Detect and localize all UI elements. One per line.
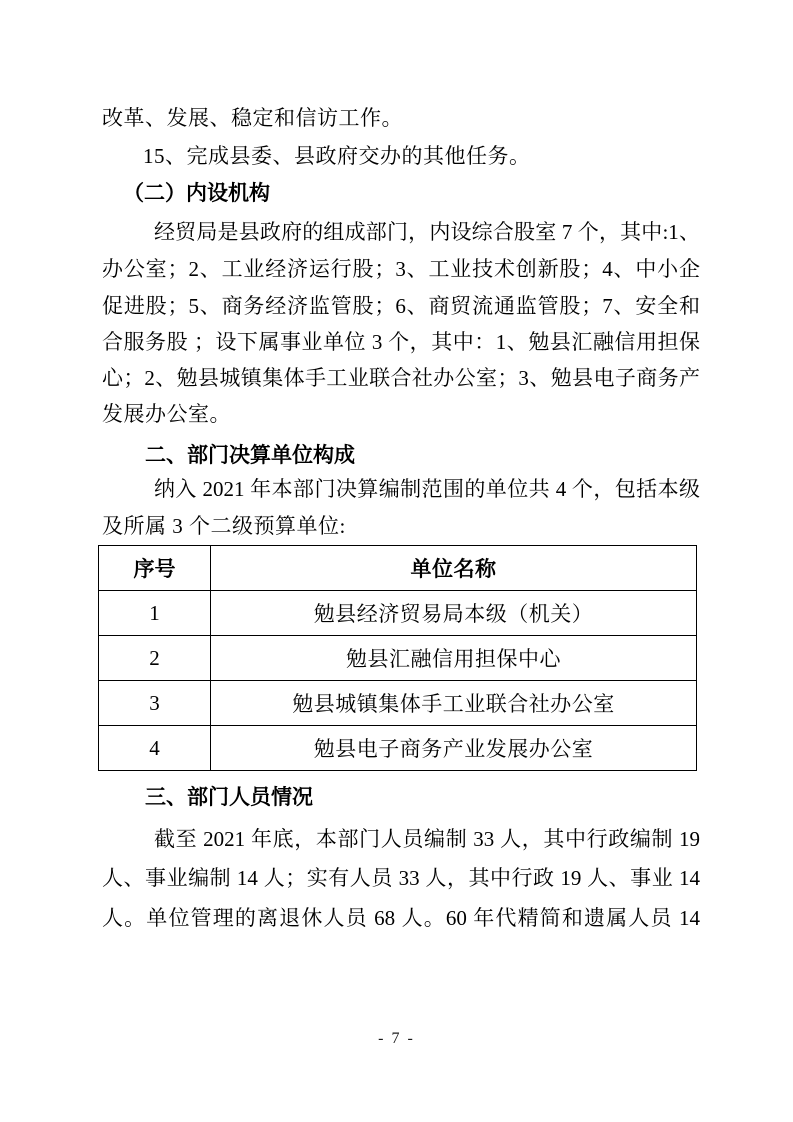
- org-paragraph-line: 经贸局是县政府的组成部门，内设综合股室 7 个，其中:1、: [102, 217, 700, 247]
- table-row: 4 勉县电子商务产业发展办公室: [99, 725, 696, 770]
- org-paragraph-line: 促进股；5、商务经济监管股；6、商贸流通监管股；7、安全和综: [102, 291, 700, 321]
- page-number: - 7 -: [0, 1030, 793, 1048]
- org-paragraph-line: 心；2、勉县城镇集体手工业联合社办公室；3、勉县电子商务产业: [102, 363, 700, 393]
- unit-row-name: 勉县汇融信用担保中心: [211, 636, 696, 680]
- unit-paragraph-line: 纳入 2021 年本部门决算编制范围的单位共 4 个，包括本级: [102, 474, 700, 504]
- unit-table: 序号 单位名称 1 勉县经济贸易局本级（机关） 2 勉县汇融信用担保中心 3 勉…: [98, 545, 697, 771]
- document-page: 改革、发展、稳定和信访工作。 15、完成县委、县政府交办的其他任务。 （二）内设…: [0, 0, 793, 1122]
- unit-row-name: 勉县电子商务产业发展办公室: [211, 726, 696, 770]
- unit-row-name: 勉县经济贸易局本级（机关）: [211, 591, 696, 635]
- section-heading-personnel: 三、部门人员情况: [102, 783, 700, 813]
- personnel-paragraph-line: 截至 2021 年底，本部门人员编制 33 人，其中行政编制 19: [102, 824, 700, 854]
- paragraph-continuation-line: 改革、发展、稳定和信访工作。: [102, 103, 700, 133]
- paragraph-task-15: 15、完成县委、县政府交办的其他任务。: [102, 141, 700, 171]
- unit-table-header-name: 单位名称: [211, 546, 696, 590]
- personnel-paragraph-line: 人、事业编制 14 人；实有人员 33 人，其中行政 19 人、事业 14: [102, 863, 700, 893]
- table-row: 1 勉县经济贸易局本级（机关）: [99, 590, 696, 635]
- personnel-paragraph-line: 人。单位管理的离退休人员 68 人。60 年代精简和遗属人员 14 人。: [102, 903, 700, 933]
- org-paragraph-line: 发展办公室。: [102, 399, 700, 429]
- table-row: 3 勉县城镇集体手工业联合社办公室: [99, 680, 696, 725]
- unit-row-number: 2: [99, 636, 211, 680]
- org-paragraph-line: 合服务股 ；设下属事业单位 3 个，其中：1、勉县汇融信用担保中: [102, 327, 700, 357]
- unit-row-number: 1: [99, 591, 211, 635]
- table-row: 2 勉县汇融信用担保中心: [99, 635, 696, 680]
- unit-row-number: 4: [99, 726, 211, 770]
- unit-table-header-no: 序号: [99, 546, 211, 590]
- unit-table-header-row: 序号 单位名称: [99, 546, 696, 590]
- unit-row-number: 3: [99, 681, 211, 725]
- org-paragraph-line: 办公室；2、工业经济运行股；3、工业技术创新股；4、中小企业: [102, 254, 700, 284]
- unit-row-name: 勉县城镇集体手工业联合社办公室: [211, 681, 696, 725]
- section-heading-internal-org: （二）内设机构: [102, 179, 700, 209]
- section-heading-unit-composition: 二、部门决算单位构成: [102, 441, 700, 471]
- unit-paragraph-line: 及所属 3 个二级预算单位:: [102, 511, 700, 541]
